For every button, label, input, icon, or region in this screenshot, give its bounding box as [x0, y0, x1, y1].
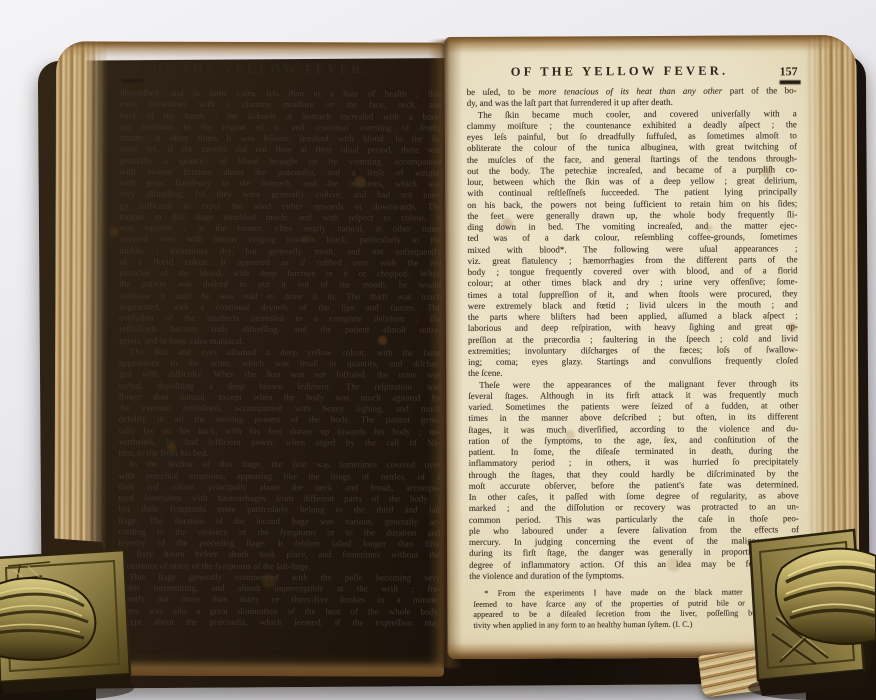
text-line: turbid, depoſiting a deep brown ſediment… [119, 380, 441, 392]
text-line: continue it until he was told to draw it… [119, 290, 441, 302]
text-line: middle ; ſometimes dry, but generally mo… [119, 245, 441, 257]
text-line: covered over with mucus verging towards … [119, 234, 441, 246]
text-line: In the decline of this ſtage, the ſkin w… [119, 459, 441, 471]
brass-clasp-left [0, 536, 142, 700]
page-number-smudge [780, 80, 801, 84]
text-line: reſtleſſneſs became truly diſtreſſing, a… [119, 324, 441, 336]
right-running-title: OF THE YELLOW FEVER. [467, 63, 773, 80]
text-line: the patient was deſired to put it out of… [119, 279, 441, 291]
text-line: occurrence of many of the ſymptoms of th… [118, 560, 440, 572]
right-page-top-edge [444, 35, 856, 53]
text-line: There was alſo a great diminution of the… [118, 605, 440, 617]
left-page-text: diminiſhed, and in ſome caſes, leſs than… [118, 88, 442, 629]
text-line: ged with difficulty. When the ſkin was n… [119, 369, 441, 381]
left-page-number: 156 [122, 63, 143, 83]
text-line: but theſe ſymptoms more particularly bel… [118, 504, 440, 516]
book-photo-scene: 156 OF THE YELLOW FEVER. diminiſhed, and… [0, 0, 876, 700]
text-line: generally a quantity of blood brought up… [120, 155, 442, 167]
text-line: back of the hands ; the ſickneſs at ſtom… [120, 110, 442, 122]
text-line: cool, ſometimes with a clammy moiſture o… [120, 99, 442, 111]
text-line: rally lay on his back, with his feet dra… [119, 425, 441, 437]
text-line: debility in all the moving powers of the… [119, 414, 441, 426]
text-line: quently not more than thirty or thirty-f… [118, 594, 440, 606]
left-running-title: OF THE YELLOW FEVER. [120, 62, 402, 78]
right-page-number: 157 [780, 64, 801, 84]
text-line: very diſtreſſing; for they were generall… [120, 189, 442, 201]
left-page-top-edge [56, 41, 446, 58]
text-line: male ſex, if the menſes did not flow at … [120, 144, 442, 156]
text-line: or ſixty hours before death took place, … [118, 549, 440, 561]
page-number-smudge [122, 79, 143, 83]
text-line: gy ſufficient to expel the wind either u… [120, 200, 442, 212]
text-line: geous, and in ſome caſes maniacal. [119, 335, 441, 347]
text-line: except about the præcordia, which ſeemed… [118, 616, 440, 628]
book-gutter [428, 40, 462, 668]
text-line: be uſed, to be more tenacious of its hea… [467, 85, 797, 98]
right-page-header: 157 OF THE YELLOW FEVER. [467, 63, 803, 83]
text-line: with petechial eruptions, appearing like… [119, 470, 441, 482]
brass-clasp-right [742, 512, 876, 700]
right-page-text: be uſed, to be more tenacious of its hea… [467, 85, 800, 582]
text-line: ing; coma; eyes glazy. Startings and con… [468, 355, 798, 368]
text-line: ſtage. The duration of the ſecond ſtage … [118, 515, 440, 527]
left-page-header: 156 OF THE YELLOW FEVER. [120, 62, 442, 81]
